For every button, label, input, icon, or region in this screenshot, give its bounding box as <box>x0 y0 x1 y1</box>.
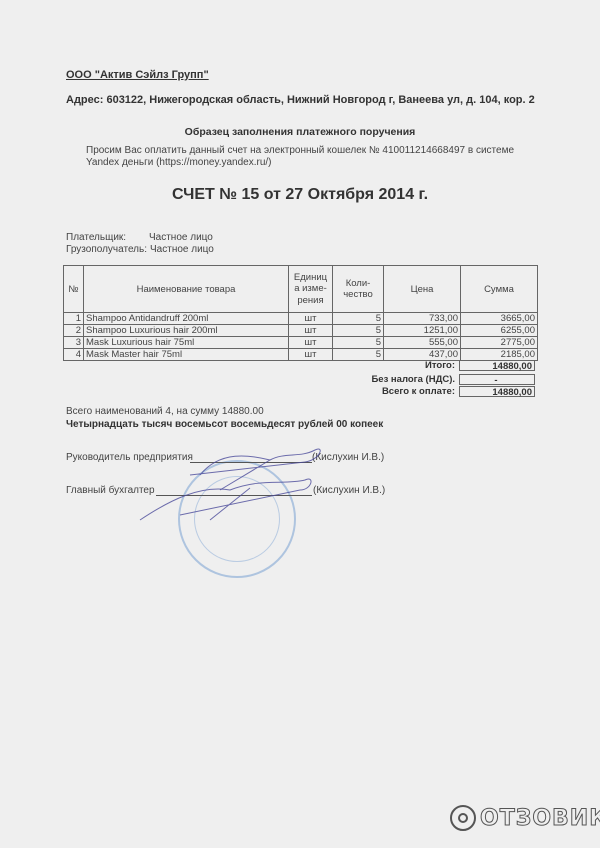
payer-row: Плательщик: Частное лицо <box>66 232 214 244</box>
consignee-label: Грузополучатель: <box>66 244 147 256</box>
cell-unit: шт <box>289 325 333 337</box>
col-qty-label: Коли-чество <box>338 278 378 300</box>
cell-name: Mask Master hair 75ml <box>84 349 289 361</box>
vat-row: Без налога (НДС). - <box>300 374 535 385</box>
cell-qty: 5 <box>333 325 384 337</box>
cell-name: Shampoo Antidandruff 200ml <box>84 313 289 325</box>
totals-block: Итого: 14880,00 Без налога (НДС). - Всег… <box>300 360 535 397</box>
cell-sum: 2185,00 <box>461 349 538 361</box>
table-row: 3Mask Luxurious hair 75mlшт5555,002775,0… <box>64 337 538 349</box>
payment-request: Просим Вас оплатить данный счет на элект… <box>86 145 546 169</box>
cell-qty: 5 <box>333 313 384 325</box>
payer-label: Плательщик: <box>66 232 149 244</box>
col-num: № <box>64 266 84 313</box>
cell-unit: шт <box>289 313 333 325</box>
company-address: Адрес: 603122, Нижегородская область, Ни… <box>66 94 535 106</box>
payment-request-line-1: Просим Вас оплатить данный счет на элект… <box>86 145 546 157</box>
consignee-row: Грузополучатель: Частное лицо <box>66 244 214 256</box>
col-qty: Коли-чество <box>333 266 384 313</box>
cell-qty: 5 <box>333 349 384 361</box>
col-name-label: Наименование товара <box>131 284 241 295</box>
vat-label: Без налога (НДС). <box>300 374 459 385</box>
handwritten-signatures <box>120 430 340 540</box>
table-header-row: № Наименование товара Единица изме-рения… <box>64 266 538 313</box>
cell-price: 733,00 <box>384 313 461 325</box>
cell-price: 1251,00 <box>384 325 461 337</box>
invoice-title: СЧЕТ № 15 от 27 Октября 2014 г. <box>0 186 600 204</box>
items-table: № Наименование товара Единица изме-рения… <box>63 265 538 361</box>
summary-count: Всего наименований 4, на сумму 14880.00 <box>66 405 383 418</box>
payer-value: Частное лицо <box>149 232 213 244</box>
col-sum: Сумма <box>461 266 538 313</box>
cell-price: 437,00 <box>384 349 461 361</box>
cell-price: 555,00 <box>384 337 461 349</box>
company-name: ООО "Актив Сэйлз Групп" <box>66 69 209 81</box>
cell-num: 2 <box>64 325 84 337</box>
consignee-value: Частное лицо <box>150 244 214 256</box>
col-price: Цена <box>384 266 461 313</box>
col-unit: Единица изме-рения <box>289 266 333 313</box>
table-row: 4Mask Master hair 75mlшт5437,002185,00 <box>64 349 538 361</box>
cell-num: 3 <box>64 337 84 349</box>
due-value: 14880,00 <box>459 386 535 397</box>
payment-sample-title: Образец заполнения платежного поручения <box>0 126 600 138</box>
cell-num: 1 <box>64 313 84 325</box>
col-unit-label: Единица изме-рения <box>293 272 329 307</box>
parties-block: Плательщик: Частное лицо Грузополучатель… <box>66 232 214 256</box>
table-row: 1Shampoo Antidandruff 200mlшт5733,003665… <box>64 313 538 325</box>
cell-num: 4 <box>64 349 84 361</box>
vat-value: - <box>459 374 535 385</box>
total-label: Итого: <box>300 360 459 371</box>
otzovik-watermark: ОТЗОВИК <box>450 805 600 831</box>
cell-name: Shampoo Luxurious hair 200ml <box>84 325 289 337</box>
table-row: 2Shampoo Luxurious hair 200mlшт51251,006… <box>64 325 538 337</box>
otzovik-logo-icon <box>450 805 476 831</box>
cell-sum: 2775,00 <box>461 337 538 349</box>
payment-request-line-2: Yandex деньги (https://money.yandex.ru/) <box>86 157 546 169</box>
cell-unit: шт <box>289 337 333 349</box>
otzovik-logo-text: ОТЗОВИК <box>480 806 600 831</box>
col-name: Наименование товара <box>84 266 289 313</box>
total-row: Итого: 14880,00 <box>300 360 535 371</box>
cell-sum: 3665,00 <box>461 313 538 325</box>
cell-unit: шт <box>289 349 333 361</box>
summary-block: Всего наименований 4, на сумму 14880.00 … <box>66 405 383 431</box>
cell-name: Mask Luxurious hair 75ml <box>84 337 289 349</box>
due-label: Всего к оплате: <box>300 386 459 397</box>
due-row: Всего к оплате: 14880,00 <box>300 386 535 397</box>
cell-sum: 6255,00 <box>461 325 538 337</box>
cell-qty: 5 <box>333 337 384 349</box>
total-value: 14880,00 <box>459 360 535 371</box>
